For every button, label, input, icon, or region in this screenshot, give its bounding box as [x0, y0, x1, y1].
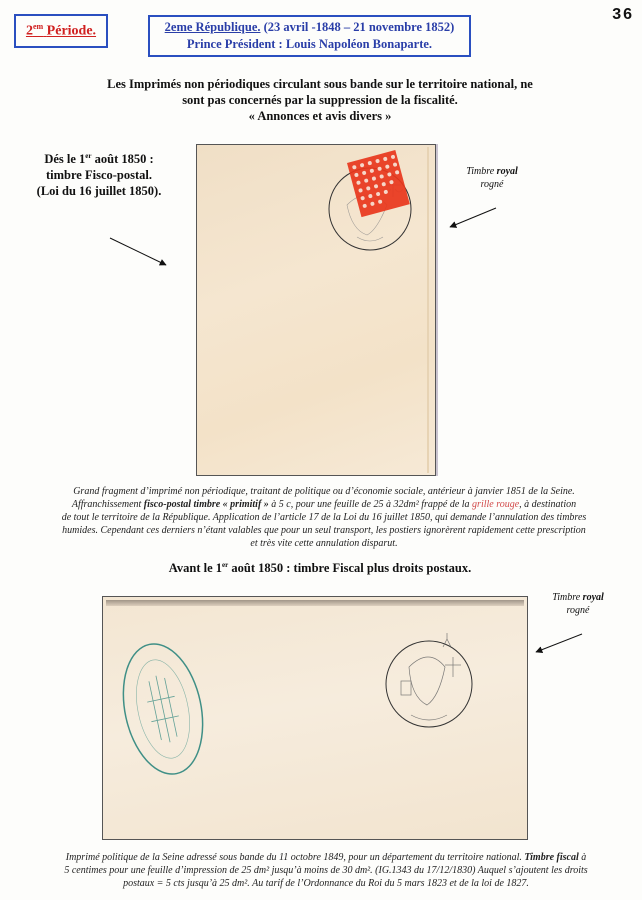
arrow-left-note — [110, 238, 166, 265]
arrow-timbre-royal-1 — [450, 208, 496, 227]
arrow-timbre-royal-2 — [536, 634, 582, 652]
